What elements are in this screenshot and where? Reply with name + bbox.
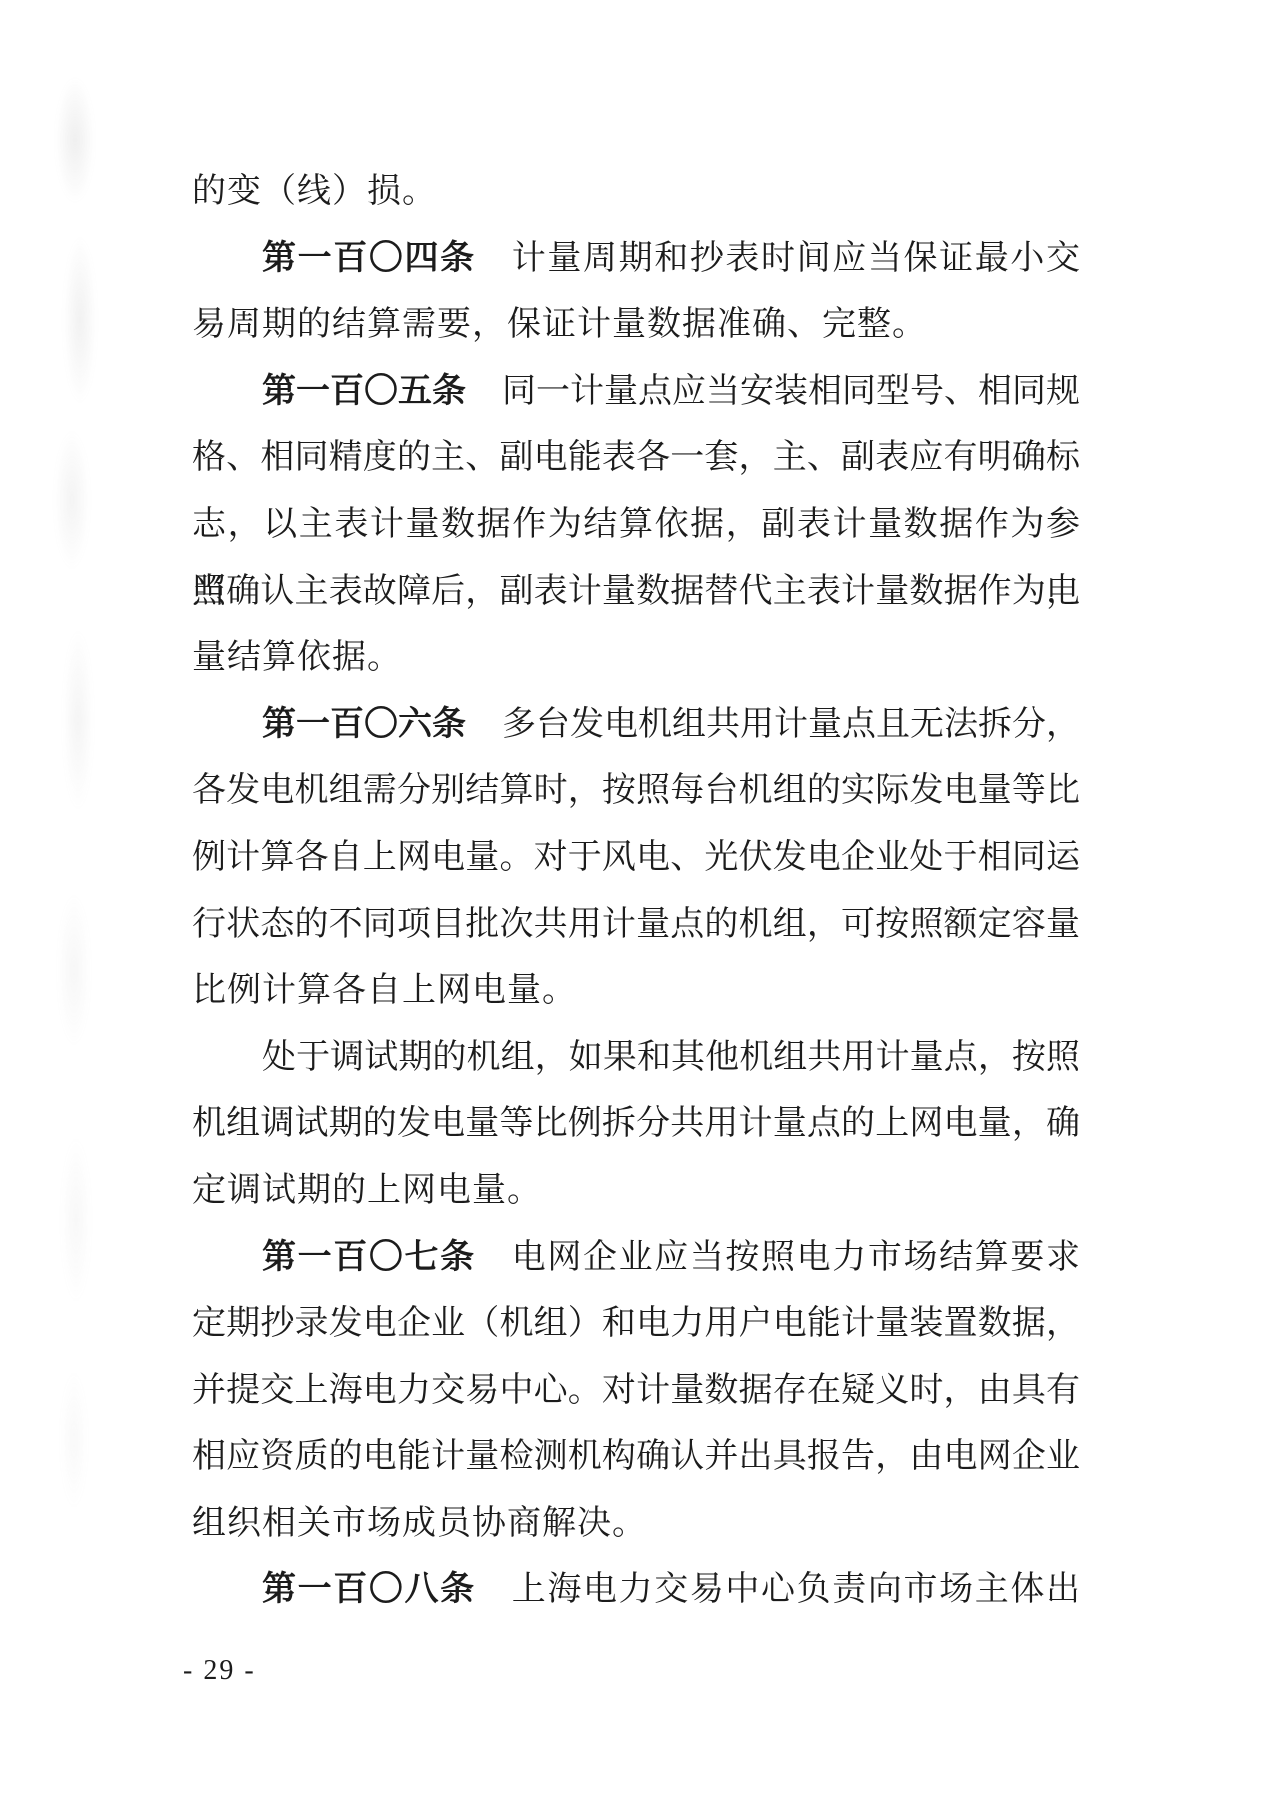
line-text: 各发电机组需分别结算时，按照每台机组的实际发电量等比: [192, 772, 1080, 809]
article-number: 第一百〇五条: [262, 373, 502, 410]
text-block: 的变（线）损。第一百〇四条计量周期和抄表时间应当保证最小交易周期的结算需要，保证…: [192, 159, 1080, 1624]
article-line: 第一百〇五条同一计量点应当安装相同型号、相同规: [192, 359, 1080, 426]
text-line: 定调试期的上网电量。: [192, 1158, 1080, 1225]
text-line: 当确认主表故障后，副表计量数据替代主表计量数据作为电: [192, 559, 1080, 626]
line-text: 计量周期和抄表时间应当保证最小交: [512, 240, 1080, 277]
line-text: 量结算依据。: [192, 639, 402, 676]
line-text: 行状态的不同项目批次共用计量点的机组，可按照额定容量: [192, 906, 1080, 943]
text-line: 的变（线）损。: [192, 159, 1080, 226]
line-text: 比例计算各自上网电量。: [192, 972, 577, 1009]
scan-noise-artifact: [30, 20, 140, 1720]
line-text: 组织相关市场成员协商解决。: [192, 1505, 647, 1542]
text-line: 相应资质的电能计量检测机构确认并出具报告，由电网企业: [192, 1424, 1080, 1491]
line-text: 同一计量点应当安装相同型号、相同规: [502, 373, 1080, 410]
article-line: 第一百〇六条多台发电机组共用计量点且无法拆分，: [192, 692, 1080, 759]
line-text: 例计算各自上网电量。对于风电、光伏发电企业处于相同运: [192, 839, 1080, 876]
article-line: 第一百〇七条电网企业应当按照电力市场结算要求: [192, 1225, 1080, 1292]
line-text: 处于调试期的机组，如果和其他机组共用计量点，按照: [262, 1039, 1080, 1076]
line-text: 易周期的结算需要，保证计量数据准确、完整。: [192, 306, 927, 343]
line-text: 多台发电机组共用计量点且无法拆分，: [502, 706, 1080, 743]
text-line: 例计算各自上网电量。对于风电、光伏发电企业处于相同运: [192, 825, 1080, 892]
article-number: 第一百〇八条: [262, 1571, 512, 1608]
article-number: 第一百〇六条: [262, 706, 502, 743]
line-text: 机组调试期的发电量等比例拆分共用计量点的上网电量，确: [192, 1105, 1080, 1142]
page-number: - 29 -: [183, 1655, 256, 1687]
article-number: 第一百〇四条: [262, 240, 512, 277]
text-line: 志，以主表计量数据作为结算依据，副表计量数据作为参照，: [192, 492, 1080, 559]
line-text: 定期抄录发电企业（机组）和电力用户电能计量装置数据，: [192, 1305, 1080, 1342]
line-text: 格、相同精度的主、副电能表各一套，主、副表应有明确标: [192, 439, 1080, 476]
text-line: 行状态的不同项目批次共用计量点的机组，可按照额定容量: [192, 892, 1080, 959]
text-line: 机组调试期的发电量等比例拆分共用计量点的上网电量，确: [192, 1091, 1080, 1158]
text-line: 比例计算各自上网电量。: [192, 958, 1080, 1025]
article-line: 第一百〇八条上海电力交易中心负责向市场主体出: [192, 1557, 1080, 1624]
line-text: 的变（线）损。: [192, 173, 437, 210]
article-number: 第一百〇七条: [262, 1239, 512, 1276]
line-text: 定调试期的上网电量。: [192, 1172, 542, 1209]
text-line: 易周期的结算需要，保证计量数据准确、完整。: [192, 292, 1080, 359]
text-line: 各发电机组需分别结算时，按照每台机组的实际发电量等比: [192, 758, 1080, 825]
text-line: 格、相同精度的主、副电能表各一套，主、副表应有明确标: [192, 425, 1080, 492]
text-line: 处于调试期的机组，如果和其他机组共用计量点，按照: [192, 1025, 1080, 1092]
text-line: 定期抄录发电企业（机组）和电力用户电能计量装置数据，: [192, 1291, 1080, 1358]
text-line: 量结算依据。: [192, 625, 1080, 692]
line-text: 上海电力交易中心负责向市场主体出: [512, 1571, 1080, 1608]
article-line: 第一百〇四条计量周期和抄表时间应当保证最小交: [192, 226, 1080, 293]
line-text: 相应资质的电能计量检测机构确认并出具报告，由电网企业: [192, 1438, 1080, 1475]
document-page: 的变（线）损。第一百〇四条计量周期和抄表时间应当保证最小交易周期的结算需要，保证…: [0, 0, 1273, 1800]
line-text: 电网企业应当按照电力市场结算要求: [512, 1239, 1080, 1276]
text-line: 并提交上海电力交易中心。对计量数据存在疑义时，由具有: [192, 1358, 1080, 1425]
line-text: 当确认主表故障后，副表计量数据替代主表计量数据作为电: [192, 573, 1080, 610]
text-line: 组织相关市场成员协商解决。: [192, 1491, 1080, 1558]
line-text: 并提交上海电力交易中心。对计量数据存在疑义时，由具有: [192, 1372, 1080, 1409]
